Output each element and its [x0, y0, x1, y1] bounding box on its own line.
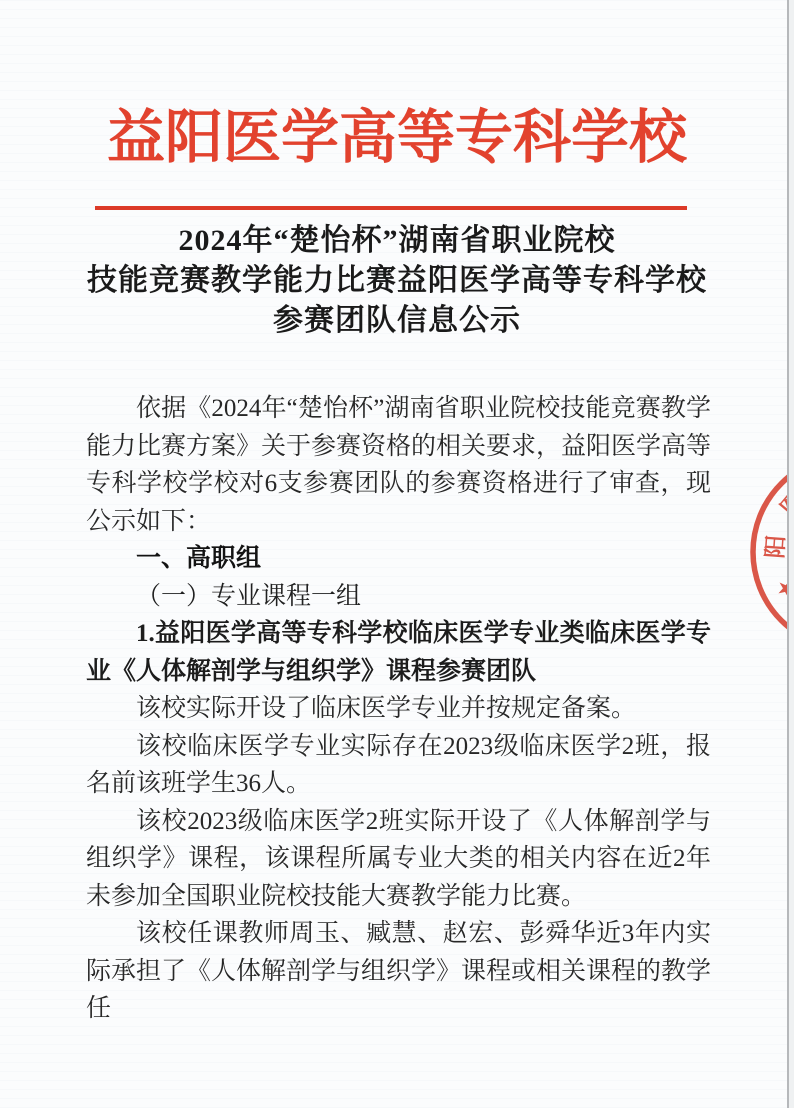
seal-glyph: 阳: [762, 534, 789, 559]
paragraph: （一）专业课程一组: [86, 578, 711, 616]
document-title-line: 2024年“楚怡杯”湖南省职业院校: [0, 221, 794, 261]
scanned-document-page: 益阳医学高等专科学校 2024年“楚怡杯”湖南省职业院校 技能竞赛教学能力比赛益…: [0, 0, 794, 1108]
paragraph: 一、高职组: [86, 540, 711, 578]
paragraph: 该校任课教师周玉、臧慧、赵宏、彭舜华近3年内实际承担了《人体解剖学与组织学》课程…: [86, 915, 711, 1028]
document-title-line: 技能竞赛教学能力比赛益阳医学高等专科学校: [0, 261, 794, 301]
document-title-line: 参赛团队信息公示: [0, 301, 794, 341]
document-body: 依据《2024年“楚怡杯”湖南省职业院校技能竞赛教学能力比赛方案》关于参赛资格的…: [86, 390, 711, 1028]
document-title: 2024年“楚怡杯”湖南省职业院校 技能竞赛教学能力比赛益阳医学高等专科学校 参…: [0, 221, 794, 341]
masthead-school-name: 益阳医学高等专科学校: [0, 96, 794, 180]
paragraph: 依据《2024年“楚怡杯”湖南省职业院校技能竞赛教学能力比赛方案》关于参赛资格的…: [86, 390, 711, 540]
scan-page-edge: [787, 0, 794, 1108]
paragraph: 1.益阳医学高等专科学校临床医学专业类临床医学专业《人体解剖学与组织学》课程参赛…: [86, 615, 711, 690]
paragraph: 该校临床医学专业实际存在2023级临床医学2班，报名前该班学生36人。: [86, 728, 711, 803]
masthead-divider-rule: [95, 206, 687, 210]
paragraph: 该校实际开设了临床医学专业并按规定备案。: [86, 690, 711, 728]
paragraph: 该校2023级临床医学2班实际开设了《人体解剖学与组织学》课程，该课程所属专业大…: [86, 803, 711, 916]
